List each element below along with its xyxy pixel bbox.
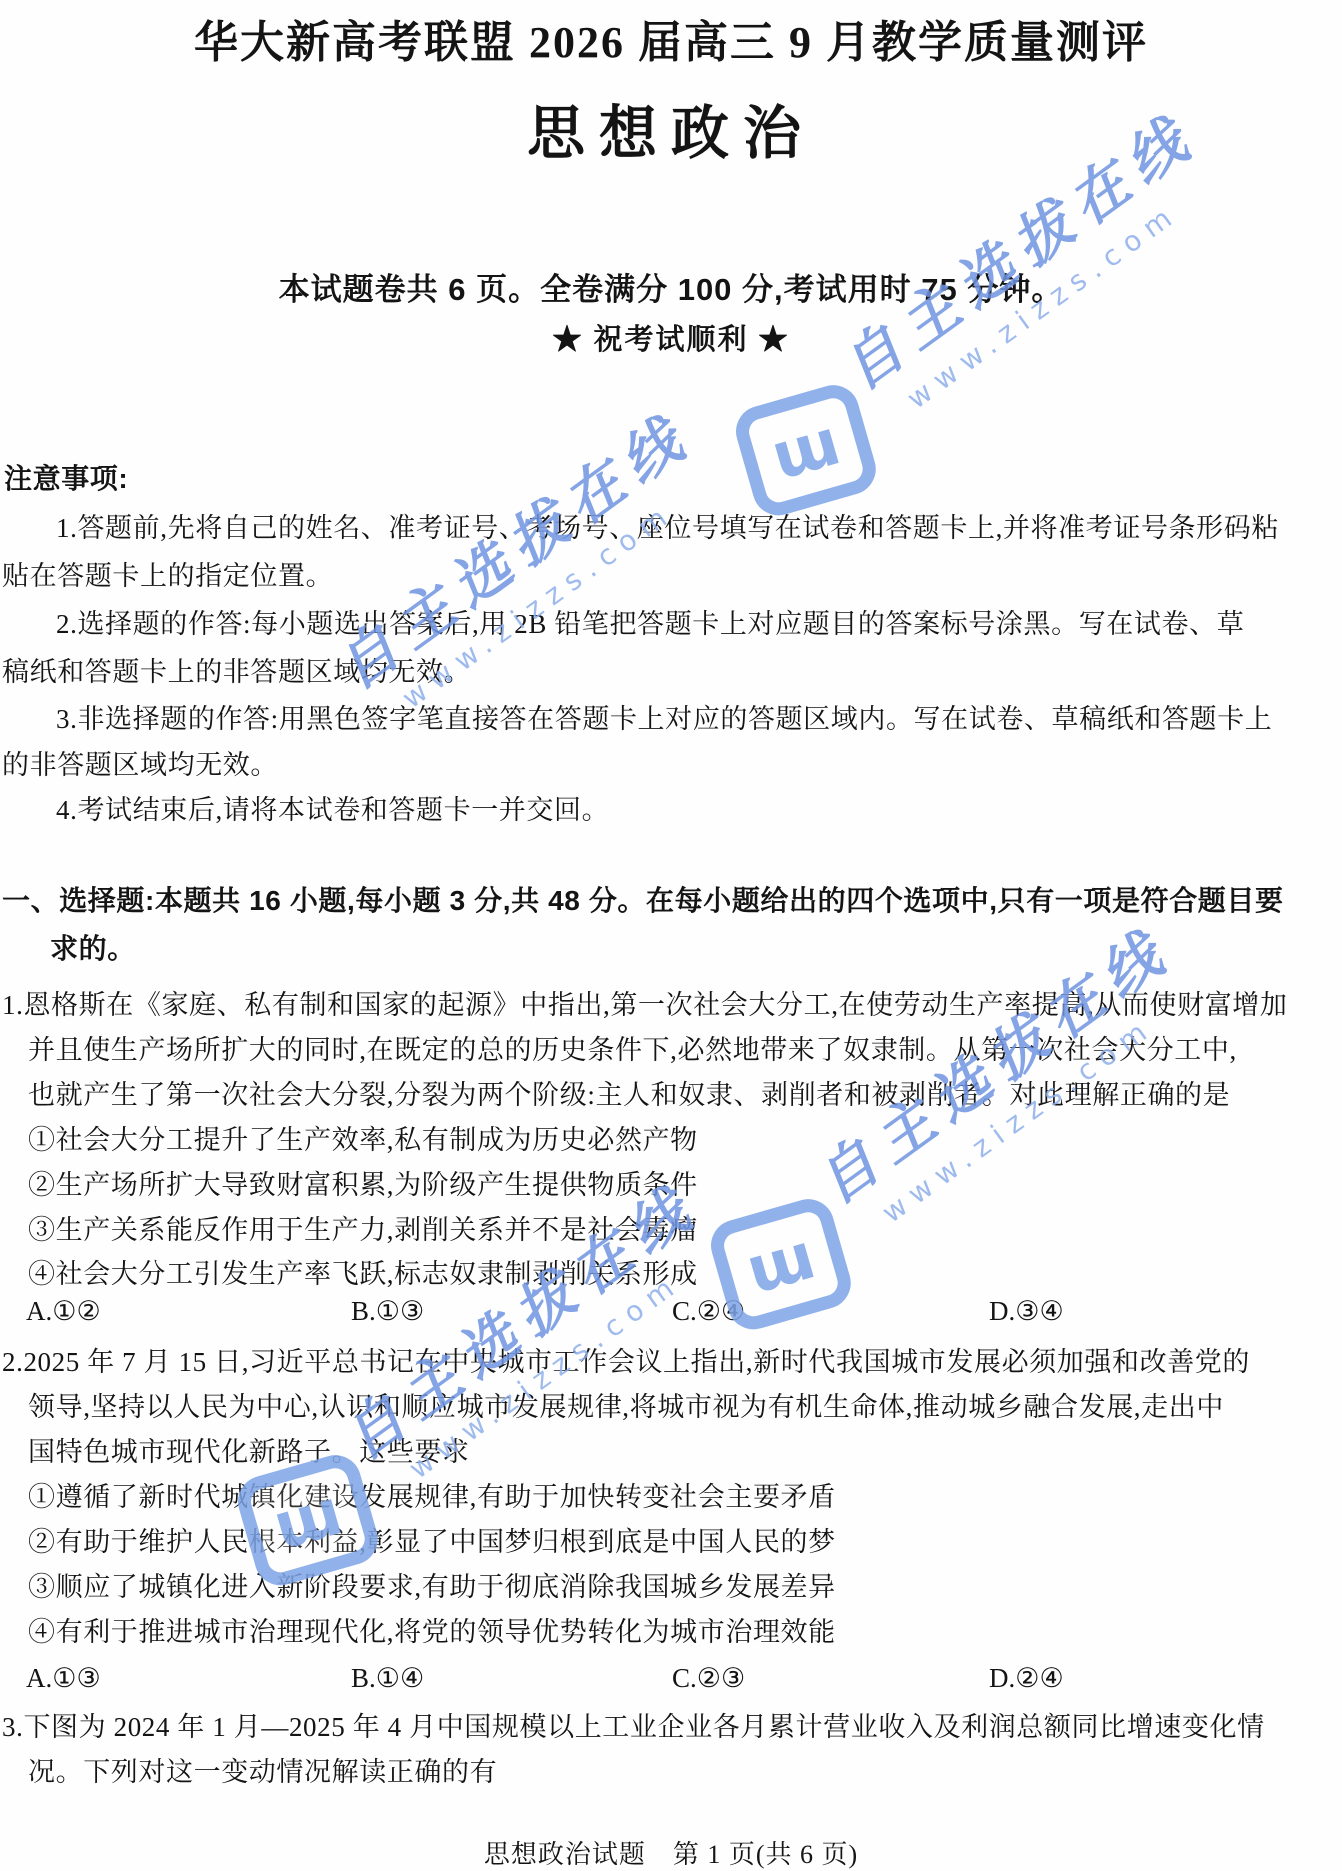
notice-line: 稿纸和答题卡上的非答题区域均无效。 xyxy=(2,655,471,689)
notice-line: 4.考试结束后,请将本试卷和答题卡一并交回。 xyxy=(56,793,609,827)
question-statement: ①遵循了新时代城镇化建设发展规律,有助于加快转变社会主要矛盾 xyxy=(28,1480,836,1514)
zizzs-logo-icon: ɯ xyxy=(730,379,882,521)
q1-options-row: A.①② B.①③ C.②④ D.③④ xyxy=(0,1296,1342,1336)
question-line: 2.2025 年 7 月 15 日,习近平总书记在中央城市工作会议上指出,新时代… xyxy=(2,1345,1250,1379)
question-line: 3.下图为 2024 年 1 月—2025 年 4 月中国规模以上工业企业各月累… xyxy=(2,1710,1265,1744)
option-label: D.②④ xyxy=(989,1663,1064,1694)
page-title: 华大新高考联盟 2026 届高三 9 月教学质量测评 xyxy=(0,6,1342,70)
question-statement: ②生产场所扩大导致财富积累,为阶级产生提供物质条件 xyxy=(28,1168,698,1202)
exam-wish-line: ★ 祝考试顺利 ★ xyxy=(0,317,1342,358)
section-heading-line: 求的。 xyxy=(50,932,136,966)
question-statement: ③生产关系能反作用于生产力,剥削关系并不是社会毒瘤 xyxy=(28,1213,698,1247)
notice-line: 的非答题区域均无效。 xyxy=(2,748,278,782)
option-label: C.②③ xyxy=(672,1663,745,1694)
question-line: 况。下列对这一变动情况解读正确的有 xyxy=(28,1755,497,1789)
question-line: 也就产生了第一次社会大分裂,分裂为两个阶级:主人和奴隶、剥削者和被剥削者。对此理… xyxy=(28,1078,1230,1112)
option-label: A.①② xyxy=(26,1296,101,1327)
exam-subject: 思想政治 xyxy=(0,86,1342,170)
option-label: C.②④ xyxy=(672,1296,745,1327)
q2-options-row: A.①③ B.①④ C.②③ D.②④ xyxy=(0,1663,1342,1703)
notice-line: 3.非选择题的作答:用黑色签字笔直接答在答题卡上对应的答题区域内。写在试卷、草稿… xyxy=(56,702,1272,736)
question-line: 1.恩格斯在《家庭、私有制和国家的起源》中指出,第一次社会大分工,在使劳动生产率… xyxy=(2,988,1288,1022)
question-line: 并且使生产场所扩大的同时,在既定的总的历史条件下,必然地带来了奴隶制。从第一次社… xyxy=(28,1033,1237,1067)
notice-line: 2.选择题的作答:每小题选出答案后,用 2B 铅笔把答题卡上对应题目的答案标号涂… xyxy=(56,607,1244,641)
option-label: D.③④ xyxy=(989,1296,1064,1327)
option-label: B.①④ xyxy=(351,1663,424,1694)
question-line: 领导,坚持以人民为中心,认识和顺应城市发展规律,将城市视为有机生命体,推动城乡融… xyxy=(28,1390,1224,1424)
section-heading-line: 一、选择题:本题共 16 小题,每小题 3 分,共 48 分。在每小题给出的四个… xyxy=(2,884,1284,918)
question-line: 国特色城市现代化新路子。这些要求 xyxy=(28,1435,470,1469)
question-statement: ①社会大分工提升了生产效率,私有制成为历史必然产物 xyxy=(28,1123,698,1157)
exam-paper-page: ɯ 自主选拔在线 www.zizzs.com ɯ 自主选拔在线 www.zizz… xyxy=(0,0,1342,1871)
question-statement: ②有助于维护人民根本利益,彰显了中国梦归根到底是中国人民的梦 xyxy=(28,1525,836,1559)
exam-info-line: 本试题卷共 6 页。全卷满分 100 分,考试用时 75 分钟。 xyxy=(0,264,1342,309)
notice-line: 贴在答题卡上的指定位置。 xyxy=(2,559,333,593)
notice-line: 1.答题前,先将自己的姓名、准考证号、考场号、座位号填写在试卷和答题卡上,并将准… xyxy=(56,511,1279,545)
notices-heading: 注意事项: xyxy=(4,462,128,496)
question-statement: ④有利于推进城市治理现代化,将党的领导优势转化为城市治理效能 xyxy=(28,1615,836,1649)
question-statement: ③顺应了城镇化进入新阶段要求,有助于彻底消除我国城乡发展差异 xyxy=(28,1570,836,1604)
question-statement: ④社会大分工引发生产率飞跃,标志奴隶制剥削关系形成 xyxy=(28,1257,698,1291)
option-label: B.①③ xyxy=(351,1296,424,1327)
page-footer: 思想政治试题 第 1 页(共 6 页) xyxy=(0,1834,1342,1871)
watermark-text: 自主选拔在线 www.zizzs.com xyxy=(797,905,1208,1250)
option-label: A.①③ xyxy=(26,1663,101,1694)
